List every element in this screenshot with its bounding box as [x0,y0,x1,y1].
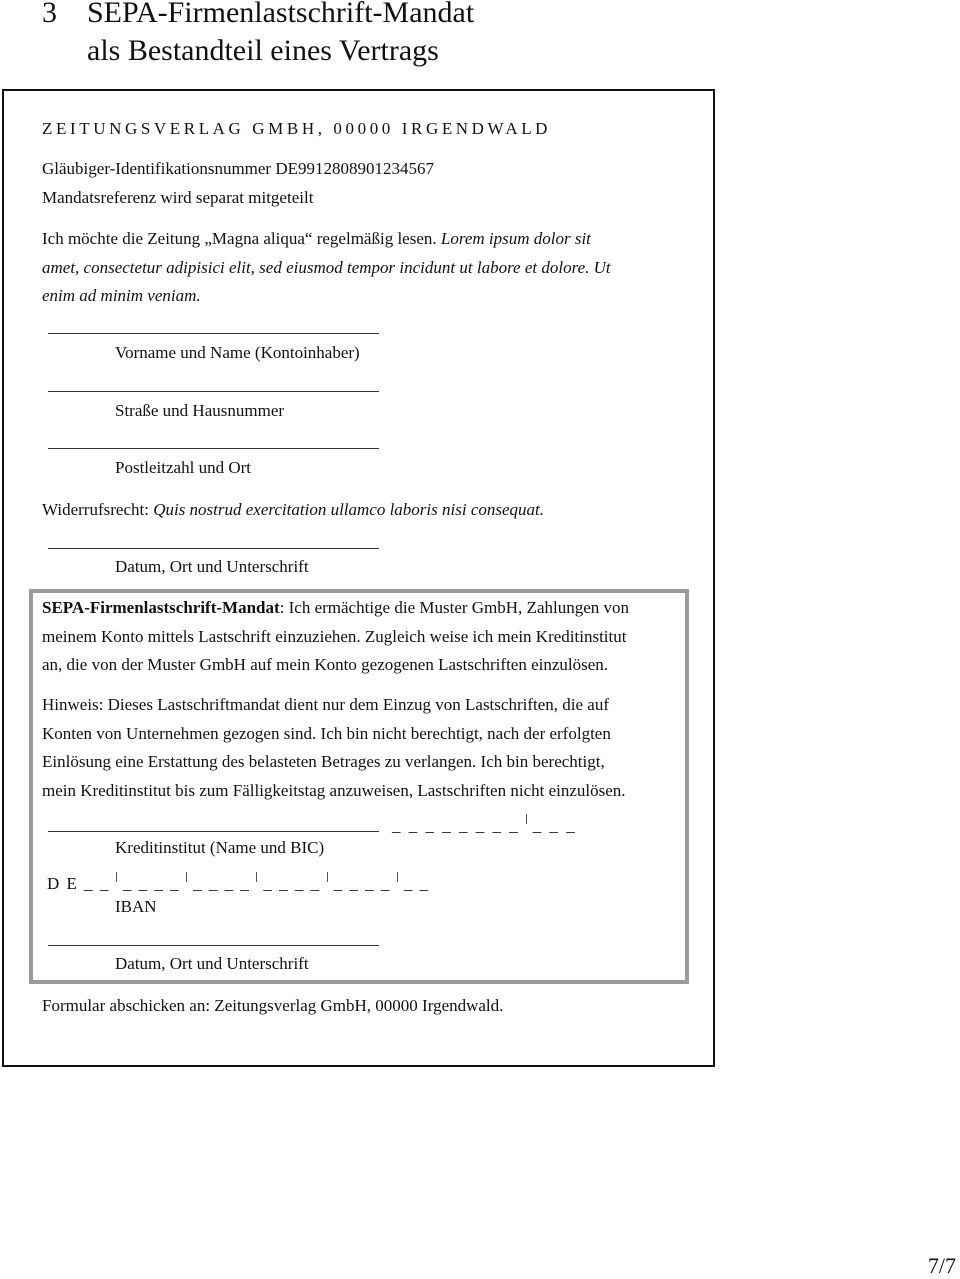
iban-separator [116,872,117,882]
revocation-label: Widerrufsrecht: [42,500,153,519]
bank-field-label: Kreditinstitut (Name und BIC) [115,838,324,858]
note-text-3: Einlösung eine Erstattung des belasteten… [42,748,682,777]
iban-group-1: _ _ [84,874,110,894]
street-field-label: Straße und Hausnummer [115,401,284,421]
bic-group-1: _ _ _ _ _ _ _ _ [392,816,520,836]
company-header: ZEITUNGSVERLAG GMBH, 00000 IRGENDWALD [42,115,551,144]
iban-separator [397,872,398,882]
signature-label-2: Datum, Ort und Unterschrift [115,954,309,974]
mandate-text-1: : Ich ermächtige die Muster GmbH, Zahlun… [280,598,629,617]
mandate-text-2: meinem Konto mittels Lastschrift einzuzi… [42,623,682,652]
iban-group-4: _ _ _ _ [263,874,320,894]
section-title-line-1: SEPA-Firmenlastschrift-Mandat [87,0,474,32]
section-number: 3 [42,0,57,32]
mandate-reference: Mandatsreferenz wird separat mitgeteilt [42,184,313,213]
name-field-label: Vorname und Name (Kontoinhaber) [115,343,360,363]
iban-separator [186,872,187,882]
intro-italic-text-3: enim ad minim veniam. [42,282,682,311]
section-title-line-2: als Bestandteil eines Vertrags [87,32,439,70]
iban-label: IBAN [115,897,157,917]
iban-group-5: _ _ _ _ [334,874,391,894]
note-text-2: Konten von Unternehmen gezogen sind. Ich… [42,720,682,749]
signature-line-1[interactable] [48,548,379,549]
city-field-label: Postleitzahl und Ort [115,458,251,478]
page-indicator: 7/7 [928,1254,956,1278]
bic-field[interactable]: _ _ _ _ _ _ _ __ _ _ [392,814,577,836]
signature-line-2[interactable] [48,945,379,946]
iban-group-3: _ _ _ _ [193,874,250,894]
intro-paragraph: Ich möchte die Zeitung „Magna aliqua“ re… [42,225,682,311]
iban-separator [327,872,328,882]
iban-field[interactable]: D E _ __ _ _ __ _ _ __ _ _ __ _ _ __ _ [47,872,430,894]
revocation-body: Quis nostrud exercitation ullamco labori… [153,500,544,519]
iban-prefix: D E [47,874,78,893]
mandate-text-3: an, die von der Muster GmbH auf mein Kon… [42,651,682,680]
city-field-line[interactable] [48,448,379,449]
note-text-1: Hinweis: Dieses Lastschriftmandat dient … [42,691,682,720]
signature-label-1: Datum, Ort und Unterschrift [115,557,309,577]
bic-group-2: _ _ _ [533,816,577,836]
form-footer: Formular abschicken an: Zeitungsverlag G… [42,992,503,1021]
mandate-paragraph: SEPA-Firmenlastschrift-Mandat: Ich ermäc… [42,594,682,680]
bic-separator [526,814,527,824]
intro-italic-text-1: Lorem ipsum dolor sit [441,229,591,248]
note-paragraph: Hinweis: Dieses Lastschriftmandat dient … [42,691,682,805]
iban-separator [256,872,257,882]
intro-italic-text-2: amet, consectetur adipisici elit, sed ei… [42,254,682,283]
mandate-title: SEPA-Firmenlastschrift-Mandat [42,598,280,617]
street-field-line[interactable] [48,391,379,392]
revocation-text: Widerrufsrecht: Quis nostrud exercitatio… [42,496,544,525]
note-text-4: mein Kreditinstitut bis zum Fälligkeitst… [42,777,682,806]
iban-group-2: _ _ _ _ [123,874,180,894]
iban-group-6: _ _ [404,874,430,894]
intro-plain-text: Ich möchte die Zeitung „Magna aliqua“ re… [42,229,441,248]
creditor-id: Gläubiger-Identifikationsnummer DE991280… [42,155,434,184]
name-field-line[interactable] [48,333,379,334]
bank-name-field-line[interactable] [48,831,379,832]
